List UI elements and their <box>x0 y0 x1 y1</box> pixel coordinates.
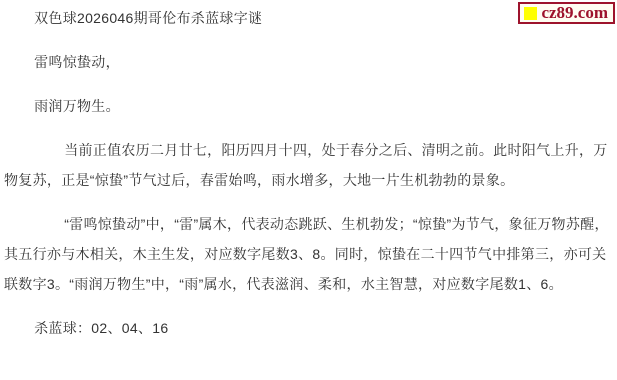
analysis-paragraph-1: 当前正值农历二月廿七，阳历四月十四，处于春分之后、清明之前。此时阳气上升，万物复… <box>4 135 613 195</box>
kill-blue-ball-line: 杀蓝球：02、04、16 <box>4 313 613 343</box>
site-logo[interactable]: cz89.com <box>518 2 615 24</box>
logo-yellow-square-icon <box>524 7 537 20</box>
analysis-paragraph-2: “雷鸣惊蛰动”中，“雷”属木，代表动态跳跃、生机勃发；“惊蛰”为节气，象征万物苏… <box>4 209 613 299</box>
poem-line-1: 雷鸣惊蛰动， <box>4 47 613 77</box>
site-logo-text: cz89.com <box>541 4 608 22</box>
article-page: cz89.com 双色球2026046期哥伦布杀蓝球字谜 雷鸣惊蛰动， 雨润万物… <box>0 0 617 380</box>
poem-line-2: 雨润万物生。 <box>4 91 613 121</box>
